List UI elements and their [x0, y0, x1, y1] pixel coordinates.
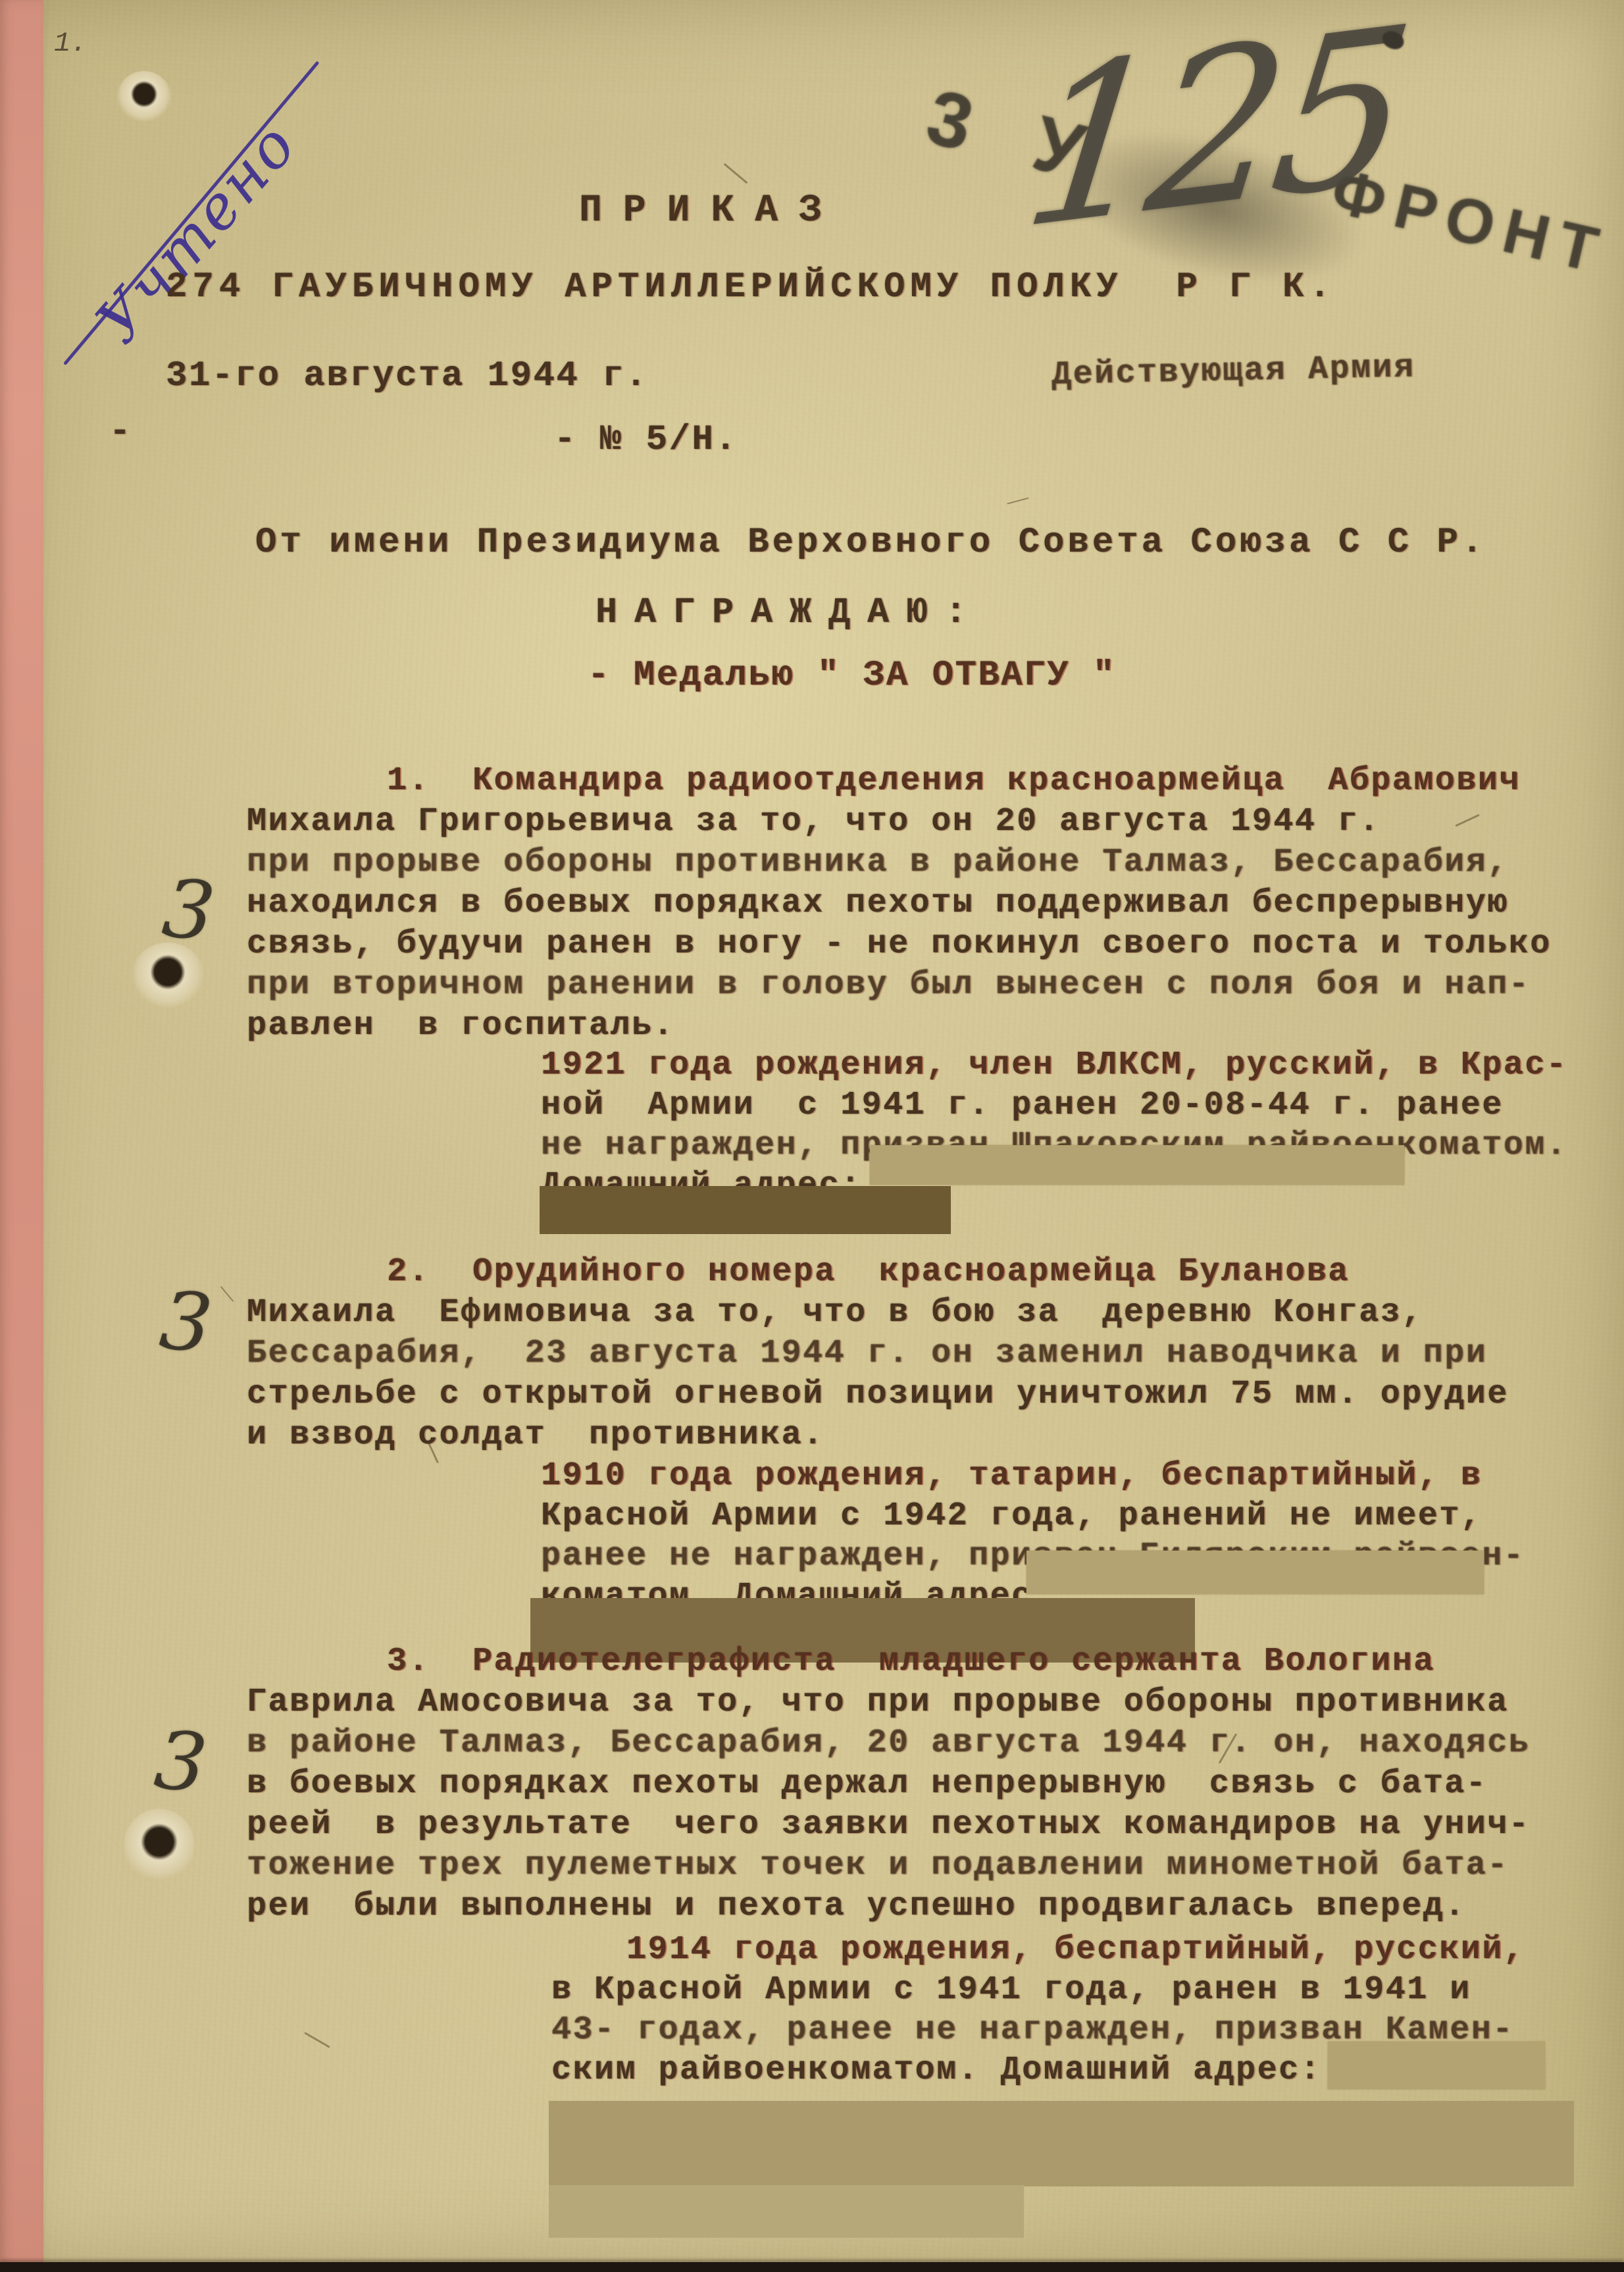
entry-line: Гаврила Амосовича за то, что при прорыве… — [247, 1686, 1509, 1719]
entry-line: 3. Радиотелеграфиста младшего сержанта В… — [387, 1645, 1435, 1678]
entry-line: Бессарабия, 23 августа 1944 г. он замени… — [247, 1337, 1487, 1370]
redaction-box — [549, 2101, 1574, 2186]
bio-line: ским райвоенкоматом. Домашний адрес: — [551, 2054, 1321, 2087]
redaction-box — [540, 1186, 951, 1234]
corner-mark: 1. — [54, 28, 87, 59]
army-note: Действующая Армия — [1052, 351, 1416, 392]
entry-line: находился в боевых порядках пехоты подде… — [247, 887, 1509, 920]
scan-edge — [0, 2262, 1624, 2272]
order-title: ПРИКАЗ — [579, 192, 843, 230]
entry-line: тожение трех пулеметных точек и подавлен… — [247, 1849, 1509, 1882]
bio-line: 1914 года рождения, беспартийный, русски… — [626, 1934, 1525, 1967]
entry-line: равлен в госпиталь. — [247, 1010, 674, 1043]
entry-line: реей в результате чего заявки пехотных к… — [247, 1809, 1530, 1842]
handwritten-note: Учтено — [82, 109, 311, 356]
entry-line: в боевых порядках пехоты держал непрерыв… — [247, 1768, 1487, 1801]
margin-mark: 3 — [159, 861, 219, 959]
redaction-box — [1328, 2042, 1545, 2089]
bio-line: Красной Армии с 1942 года, ранений не им… — [541, 1500, 1482, 1533]
order-number: - № 5/Н. — [554, 423, 738, 458]
paper-fiber — [304, 2032, 330, 2048]
bio-line: 1910 года рождения, татарин, беспартийны… — [541, 1460, 1482, 1493]
order-date: 31-го августа 1944 г. — [166, 359, 648, 394]
entry-line: Михаила Григорьевича за то, что он 20 ав… — [247, 806, 1381, 839]
paper-fiber — [1455, 814, 1480, 827]
paper-fiber — [723, 163, 748, 184]
redaction-box — [870, 1145, 1404, 1185]
entry-line: реи были выполнены и пехота успешно прод… — [247, 1890, 1466, 1923]
bio-line: в Красной Армии с 1941 года, ранен в 194… — [551, 1974, 1471, 2007]
redaction-box — [1027, 1551, 1484, 1594]
entry-line: связь, будучи ранен в ногу - не покинул … — [247, 928, 1552, 961]
document-page: 1. Учтено 3 У ФРОНТ 125 3 3 3 ПРИКАЗ 274… — [0, 0, 1624, 2272]
order-recipient-line: 274 ГАУБИЧНОМУ АРТИЛЛЕРИЙСКОМУ ПОЛКУ Р Г… — [166, 270, 1336, 305]
margin-mark: 3 — [151, 1713, 211, 1811]
binding-edge-strip — [0, 0, 43, 2272]
entry-line: при вторичном ранении в голову был вынес… — [247, 969, 1530, 1002]
medal-line: - Медалью " ЗА ОТВАГУ " — [588, 658, 1116, 694]
paper-fiber — [220, 1286, 234, 1302]
entry-line: в районе Талмаз, Бессарабия, 20 августа … — [247, 1727, 1530, 1760]
entry-line: 1. Командира радиоотделения красноармейц… — [387, 765, 1521, 798]
bio-line: ной Армии с 1941 г. ранен 20-08-44 г. ра… — [541, 1089, 1504, 1122]
redaction-box — [549, 2185, 1024, 2238]
entry-line: при прорыве обороны противника в районе … — [247, 846, 1509, 879]
punch-hole — [124, 1809, 195, 1882]
bio-line: 1921 года рождения, член ВЛКСМ, русский,… — [541, 1049, 1567, 1082]
preamble: От имени Президиума Верховного Совета Со… — [255, 525, 1486, 561]
entry-line: стрельбе с открытой огневой позиции унич… — [247, 1378, 1509, 1411]
entry-line: Михаила Ефимовича за то, что в бою за де… — [247, 1297, 1423, 1330]
margin-mark: 3 — [156, 1273, 216, 1371]
entry-line: и взвод солдат противника. — [247, 1419, 825, 1452]
punch-hole — [117, 71, 171, 122]
award-verb: НАГРАЖДАЮ: — [596, 594, 984, 631]
entry-line: 2. Орудийного номера красноармейца Булан… — [387, 1256, 1350, 1289]
paper-fiber — [1007, 498, 1028, 505]
margin-dash: - — [109, 415, 132, 450]
